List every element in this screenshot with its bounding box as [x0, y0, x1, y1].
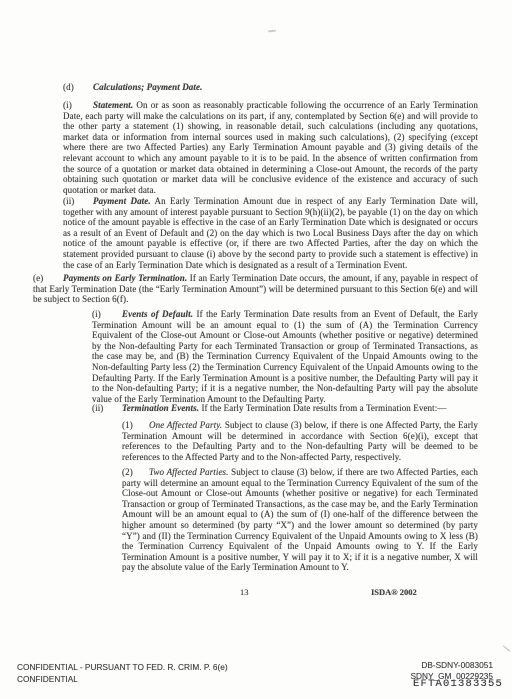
- clause-label: Statement.: [93, 100, 133, 110]
- clause-e-ii: (ii)Termination Events. If the Early Ter…: [92, 403, 478, 414]
- clause-label: Calculations; Payment Date.: [93, 82, 202, 92]
- clause-label: Events of Default.: [122, 309, 193, 319]
- clause-text: If the Early Termination Date results fr…: [92, 309, 478, 404]
- scan-speck: [268, 30, 276, 32]
- clause-label: One Affected Party.: [149, 420, 222, 430]
- confidentiality-line-2: CONFIDENTIAL: [17, 673, 228, 685]
- clause-e: (e)Payments on Early Termination. If an …: [33, 273, 478, 305]
- clause-d-i: (i)Statement. On or as soon as reasonabl…: [63, 100, 478, 195]
- clause-label: Payment Date.: [93, 196, 151, 206]
- clause-marker: (2): [122, 467, 149, 478]
- clause-text: Subject to clause (3) below, if there ar…: [122, 467, 478, 572]
- clause-label: Payments on Early Termination.: [63, 273, 187, 283]
- clause-e-i: (i)Events of Default. If the Early Termi…: [92, 309, 478, 404]
- clause-marker: (1): [122, 420, 149, 431]
- clause-text: An Early Termination Amount due in respe…: [63, 196, 478, 270]
- clause-label: Two Affected Parties.: [149, 467, 229, 477]
- bates-number-efta: EFTA01383355: [413, 678, 503, 690]
- clause-e-ii-2: (2)Two Affected Parties. Subject to clau…: [122, 467, 478, 573]
- isda-copyright: ISDA® 2002: [371, 587, 417, 597]
- clause-marker: (ii): [63, 196, 93, 207]
- clause-marker: (i): [92, 309, 122, 320]
- confidentiality-stamp: CONFIDENTIAL - PURSUANT TO FED. R. CRIM.…: [17, 661, 228, 686]
- document-page: (d)Calculations; Payment Date. (i)Statem…: [0, 0, 512, 699]
- clause-d-heading: (d)Calculations; Payment Date.: [63, 82, 478, 93]
- clause-marker: (ii): [92, 403, 122, 414]
- clause-marker: (e): [33, 273, 63, 284]
- confidentiality-line-1: CONFIDENTIAL - PURSUANT TO FED. R. CRIM.…: [17, 661, 228, 673]
- clause-text: On or as soon as reasonably practicable …: [63, 100, 478, 195]
- clause-marker: (d): [63, 82, 93, 93]
- clause-label: Termination Events.: [122, 403, 199, 413]
- bates-number-1: DB-SDNY-0083051: [410, 660, 493, 671]
- clause-d-ii: (ii)Payment Date. An Early Termination A…: [63, 196, 478, 270]
- scan-mark: [503, 645, 511, 652]
- clause-marker: (i): [63, 100, 93, 111]
- clause-e-ii-1: (1)One Affected Party. Subject to clause…: [122, 420, 478, 462]
- page-number: 13: [240, 587, 249, 597]
- clause-text: If the Early Termination Date results fr…: [201, 403, 446, 413]
